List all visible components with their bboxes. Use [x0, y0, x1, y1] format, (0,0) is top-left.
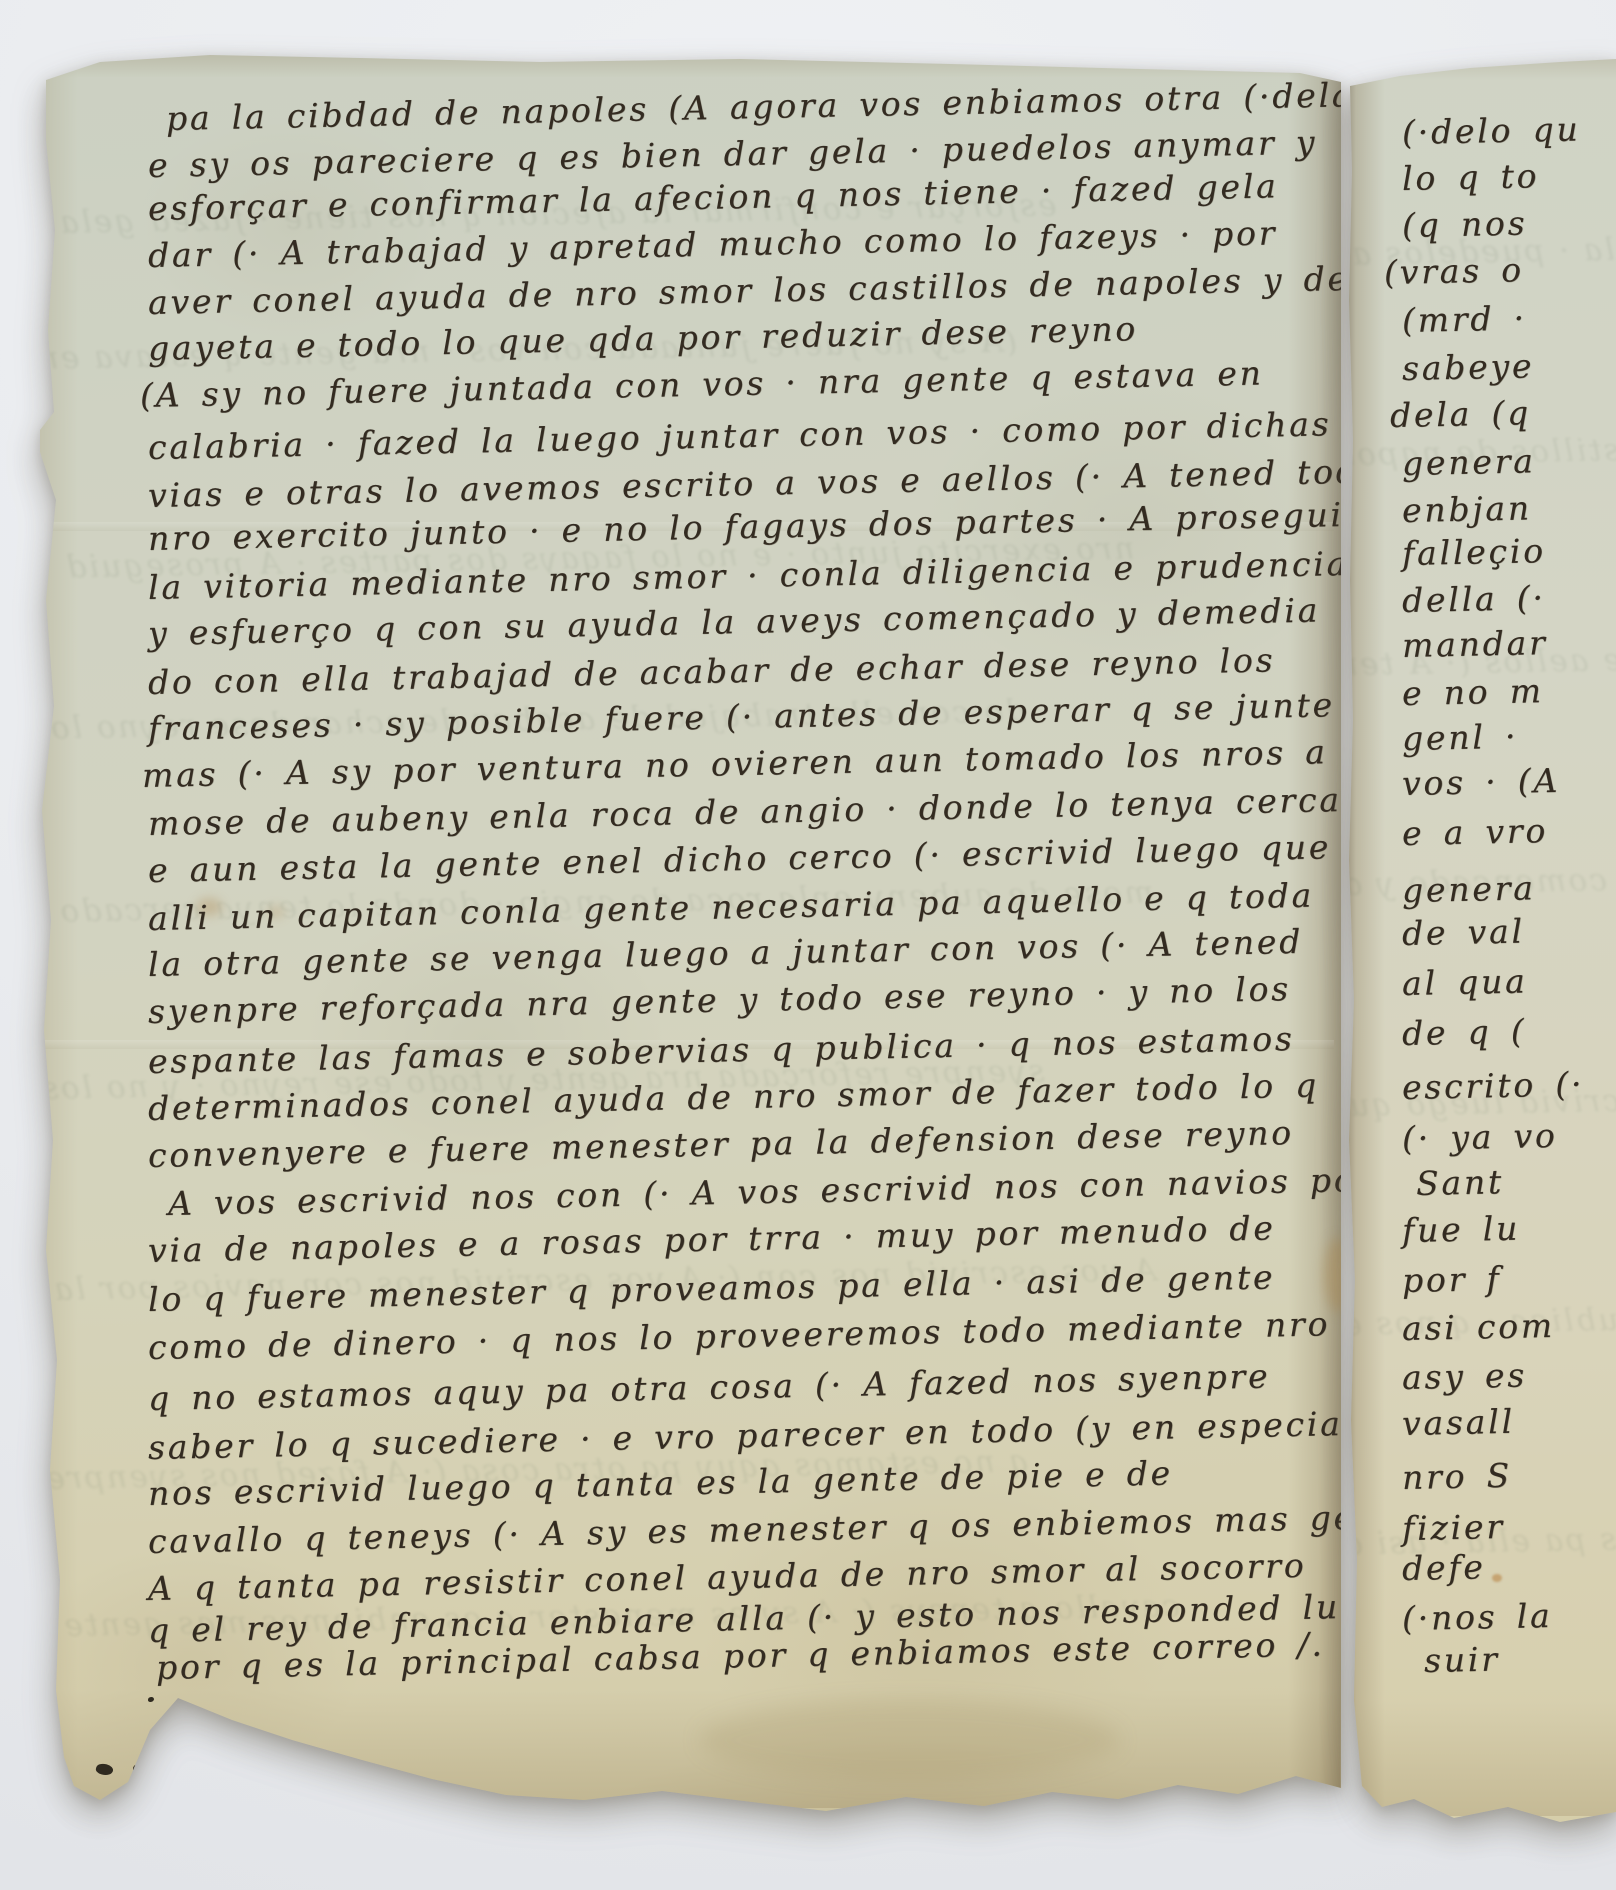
manuscript-line-fragment: fue lu [1402, 1209, 1521, 1250]
stain [1492, 1574, 1502, 1582]
manuscript-line-fragment: defe [1402, 1547, 1486, 1588]
paper-edge-shade [1346, 56, 1616, 80]
manuscript-line-fragment: mandar [1402, 623, 1548, 665]
manuscript-line-fragment: al qua [1402, 961, 1528, 1003]
manuscript-photo: esforçar e confirmar la afecion q nos ti… [0, 0, 1616, 1890]
manuscript-line-fragment: de val [1402, 912, 1526, 953]
manuscript-line-fragment: (mrd · [1402, 298, 1528, 339]
manuscript-line-fragment: lo q to [1402, 156, 1540, 198]
manuscript-line-fragment: falleçio [1402, 531, 1547, 573]
manuscript-line-fragment: genera [1402, 868, 1536, 910]
manuscript-line-fragment: enbjan [1402, 488, 1533, 530]
manuscript-line-fragment: fizier [1402, 1507, 1506, 1548]
paper-edge-shade [1346, 1700, 1616, 1816]
manuscript-line-fragment: asy es [1402, 1355, 1528, 1397]
right-page-shadow: e sy os pareciere q es bien dar gela · p… [0, 0, 1616, 1890]
manuscript-line-fragment: escrito (· [1402, 1064, 1585, 1107]
manuscript-line-fragment: (·nos la [1402, 1596, 1553, 1638]
manuscript-line-fragment: por f [1402, 1259, 1502, 1300]
manuscript-line-fragment: asi com [1402, 1306, 1556, 1348]
manuscript-line-fragment: genera [1402, 441, 1536, 483]
manuscript-line-fragment: e a vro [1402, 811, 1549, 853]
manuscript-line-fragment: (·delo qu [1402, 109, 1581, 152]
manuscript-line-fragment: della (· [1402, 578, 1546, 620]
manuscript-line-fragment: dela (q [1390, 393, 1532, 435]
manuscript-line-fragment: vos · (A [1402, 761, 1561, 803]
manuscript-line-fragment: (· ya vo [1402, 1116, 1558, 1158]
manuscript-line-fragment: sabeye [1402, 346, 1535, 388]
manuscript-line-fragment: vasall [1402, 1402, 1516, 1443]
manuscript-right-page: e sy os pareciere q es bien dar gela · p… [0, 0, 1616, 1890]
manuscript-line-fragment: nro S [1402, 1456, 1513, 1497]
manuscript-line-fragment: genl · [1402, 717, 1519, 758]
manuscript-line-fragment: de q ( [1402, 1012, 1527, 1053]
manuscript-line-fragment: e no m [1402, 671, 1544, 713]
manuscript-line-fragment: (q nos [1402, 203, 1528, 245]
manuscript-line-fragment: Sant [1416, 1162, 1505, 1203]
manuscript-line-fragment: (vras o [1384, 250, 1525, 292]
manuscript-line-fragment: suir [1424, 1639, 1500, 1680]
